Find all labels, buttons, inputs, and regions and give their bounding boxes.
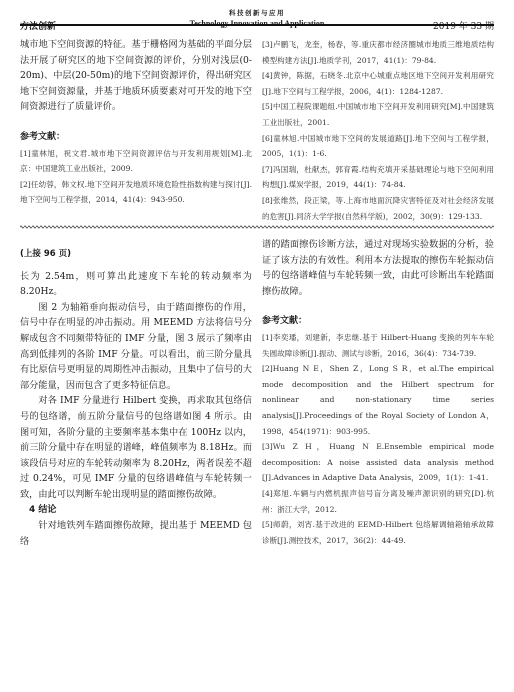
bottom-left-column: (上接 96 页) 长为 2.54m，则可算出此速度下车轮的转动频率为 8.20… — [20, 247, 252, 549]
reference-item: [1]童林旭，祝文君.城市地下空间资源评估与开发利用规划[M].北京：中国建筑工… — [20, 146, 252, 177]
reference-item: [2]任幼蓉，韩文权.地下空间开发地质环境危险性指数构建与探讨[J].地下空间与… — [20, 177, 252, 208]
body-paragraph: 图 2 为轴箱垂向振动信号，由于踏面擦伤的作用，信号中存在明显的冲击振动。用 M… — [20, 300, 252, 394]
top-left-column: 城市地下空间资源的特征。基于栅格网为基础的平面分层法开展了研究区的地下空间资源的… — [20, 37, 252, 208]
reference-item: [5]中国工程院课题组.中国城市地下空间开发利用研究[M].中国建筑工业出版社，… — [262, 99, 494, 130]
reference-item: [3]Wu Z H，Huang N E.Ensemble empirical m… — [262, 439, 494, 486]
header-rule — [20, 24, 494, 26]
top-right-column: [3]卢鹏飞，龙奎，杨春，等.重庆都市经济圈城市地质三维地质结构模型构建方法[J… — [262, 37, 494, 224]
wavy-divider — [20, 225, 494, 229]
body-paragraph: 城市地下空间资源的特征。基于栅格网为基础的平面分层法开展了研究区的地下空间资源的… — [20, 37, 252, 115]
reference-item: [7]冯国瑞，杜献杰，郭育霞.结构充填开采基础理论与地下空间利用构想[J].煤炭… — [262, 162, 494, 193]
journal-title-cn: 科技创新与应用 — [20, 8, 494, 17]
body-paragraph: 针对地铁列车踏面擦伤故障，提出基于 MEEMD 包络 — [20, 518, 252, 549]
reference-item: [4]黄钟，陈据，石晓冬.北京中心城重点地区地下空间开发利用研究[J].地下空间… — [262, 68, 494, 99]
reference-item: [5]师蔚，刘宵.基于改进的 EEMD-Hilbert 包络解调轴箱轴承故障诊断… — [262, 517, 494, 548]
bottom-right-column: 谱的踏面擦伤诊断方法，通过对现场实验数据的分析，验证了该方法的有效性。利用本方法… — [262, 237, 494, 548]
reference-item: [4]郑旭.车辆与内燃机振声信号盲分离及噪声源识别的研究[D].杭州：浙江大学，… — [262, 486, 494, 517]
reference-item: [2]Huang N E，Shen Z，Long S R，et al.The e… — [262, 361, 494, 439]
references-title: 参考文献： — [20, 130, 252, 146]
reference-item: [8]张维然，段正梁，等.上海市地面沉降灾害特征及对社会经济发展的危害[J].同… — [262, 193, 494, 224]
body-paragraph: 对各 IMF 分量进行 Hilbert 变换，再求取其包络信号的包络谱，前五阶分… — [20, 393, 252, 502]
reference-item: [1]李奕璠，刘建新，李忠继.基于 Hilbert-Huang 变换的列车车轮失… — [262, 330, 494, 361]
references-title: 参考文献： — [262, 314, 494, 330]
section-heading-conclusion: 4 结论 — [20, 503, 252, 519]
reference-item: [6]童林旭.中国城市地下空间的发展道路[J].地下空间与工程学报，2005，1… — [262, 131, 494, 162]
continued-from-note: (上接 96 页) — [20, 247, 252, 263]
body-paragraph: 长为 2.54m，则可算出此速度下车轮的转动频率为 8.20Hz。 — [20, 269, 252, 300]
body-paragraph: 谱的踏面擦伤诊断方法，通过对现场实验数据的分析，验证了该方法的有效性。利用本方法… — [262, 237, 494, 299]
reference-item: [3]卢鹏飞，龙奎，杨春，等.重庆都市经济圈城市地质三维地质结构模型构建方法[J… — [262, 37, 494, 68]
page-header: 科技创新与应用 方法创新 Technology Innovation and A… — [20, 8, 494, 32]
